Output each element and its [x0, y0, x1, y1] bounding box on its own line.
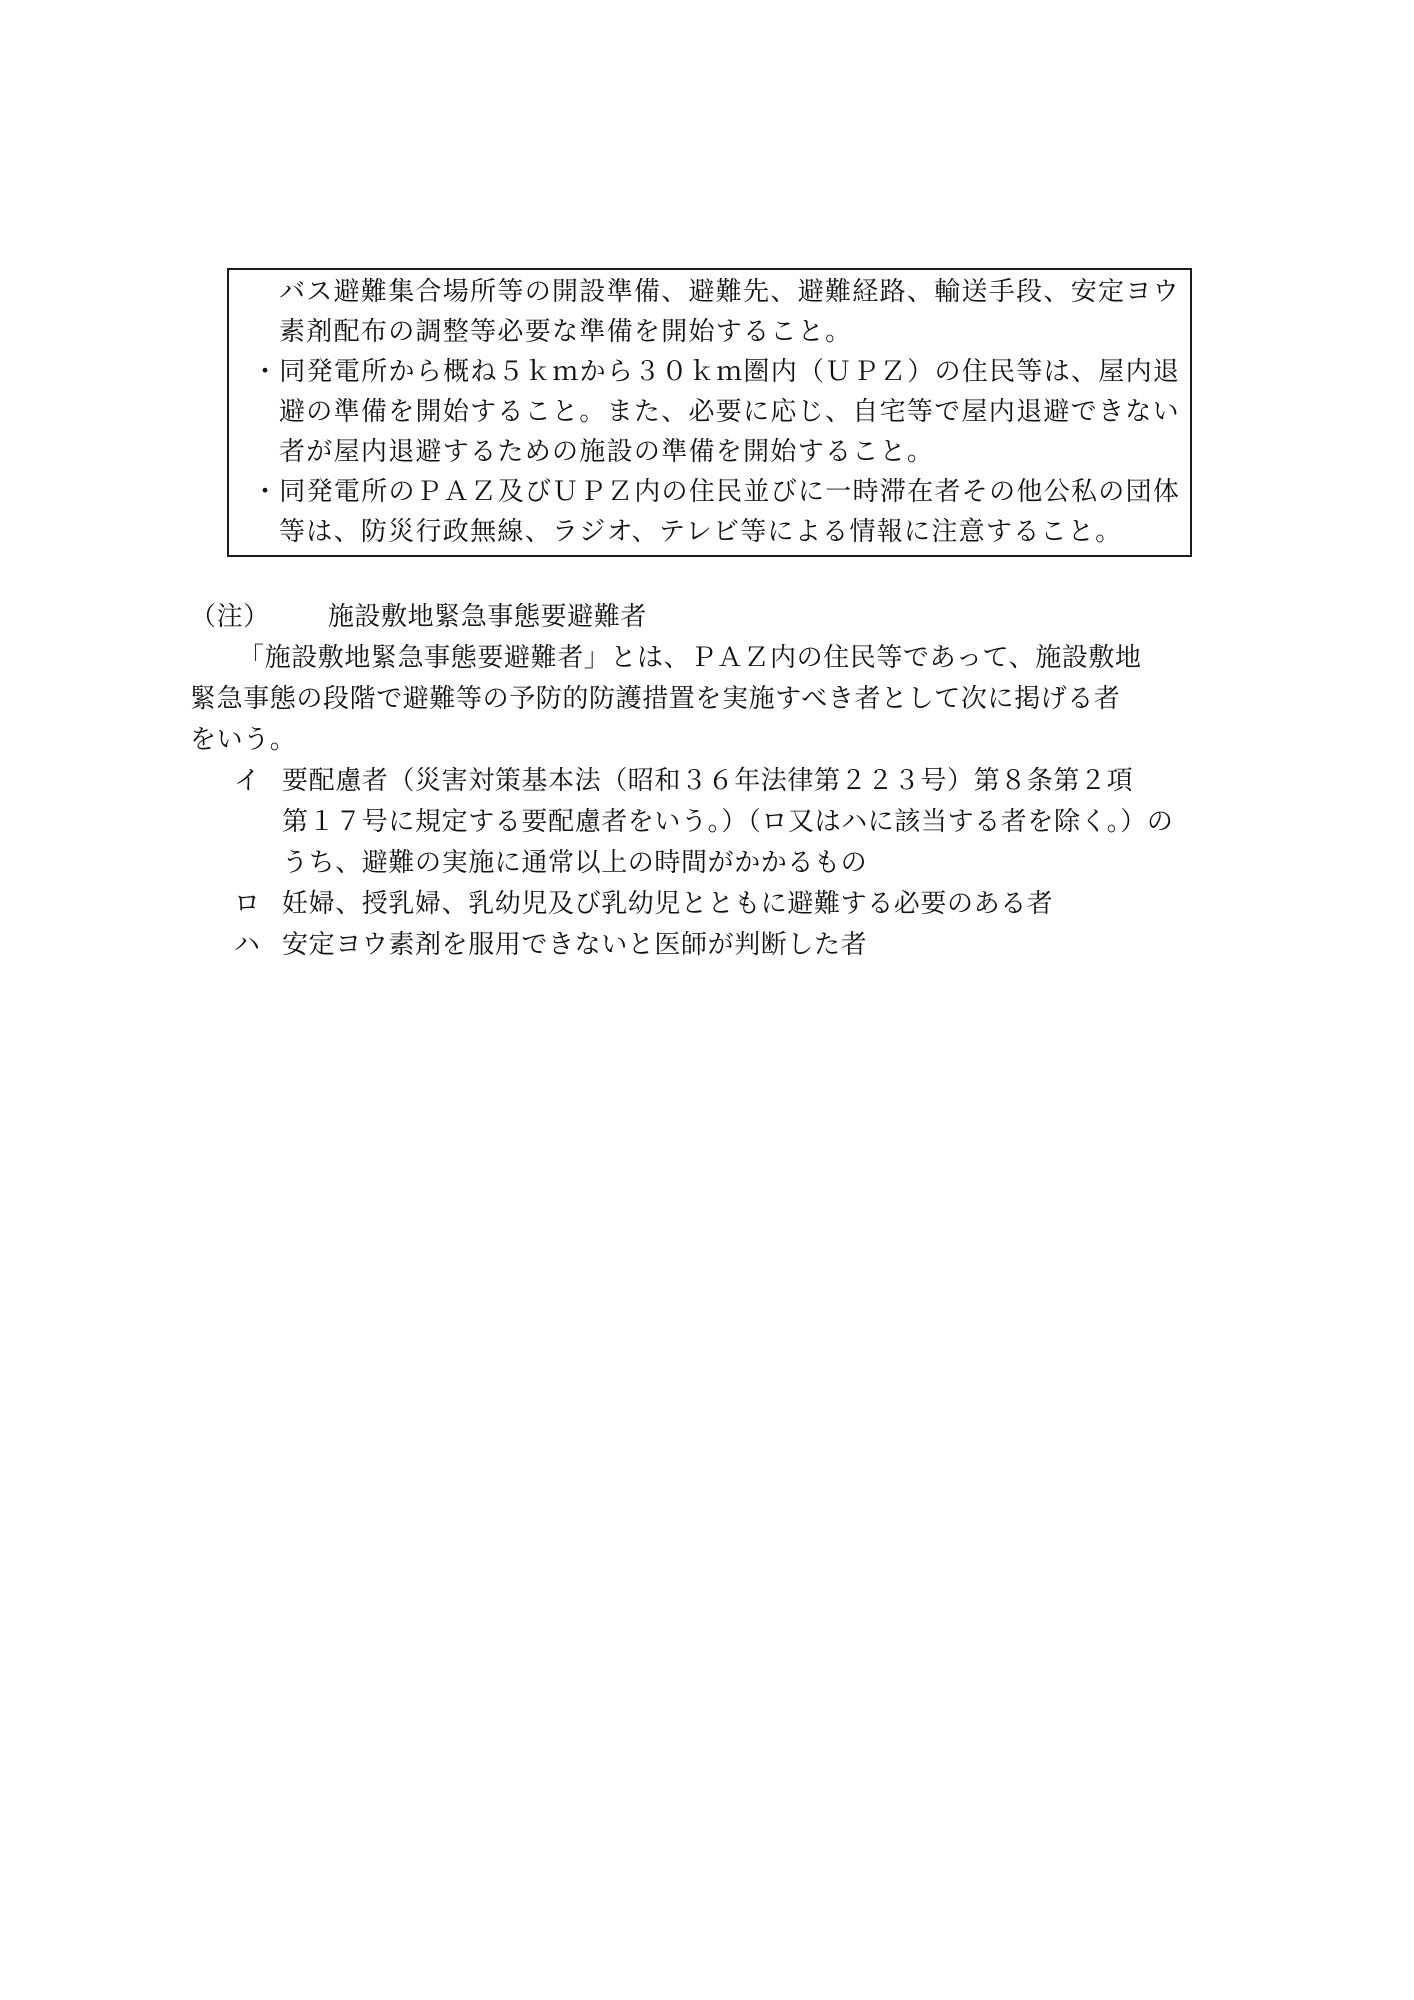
note-item-ro: ロ 妊婦、授乳婦、乳幼児及び乳幼児とともに避難する必要のある者 — [190, 883, 1250, 924]
notice-line: 者が屋内退避するための施設の準備を開始すること。 — [229, 432, 1182, 472]
note-paragraph-line: をいう。 — [190, 719, 1250, 760]
note-section: （注）施設敷地緊急事態要避難者 「施設敷地緊急事態要避難者」とは、ＰＡＺ内の住民… — [190, 596, 1250, 965]
notice-line: 等は、防災行政無線、ラジオ、テレビ等による情報に注意すること。 — [229, 512, 1182, 552]
note-label: （注） — [190, 602, 270, 631]
note-paragraph-line: 緊急事態の段階で避難等の予防的防護措置を実施すべき者として次に掲げる者 — [190, 678, 1250, 719]
item-marker-ha: ハ — [234, 924, 260, 965]
item-line: 妊婦、授乳婦、乳幼児及び乳幼児とともに避難する必要のある者 — [282, 883, 1250, 924]
item-marker-ro: ロ — [234, 883, 260, 924]
notice-line: 避の準備を開始すること。また、必要に応じ、自宅等で屋内退避できない — [229, 392, 1182, 432]
item-marker-i: イ — [234, 760, 260, 801]
notice-line-bullet: ・同発電所から概ね５ｋｍから３０ｋｍ圏内（ＵＰＺ）の住民等は、屋内退 — [229, 352, 1182, 392]
notice-line-bullet: ・同発電所のＰＡＺ及びＵＰＺ内の住民並びに一時滞在者その他公私の団体 — [229, 472, 1182, 512]
notice-line: 素剤配布の調整等必要な準備を開始すること。 — [229, 312, 1182, 352]
note-item-i: イ 要配慮者（災害対策基本法（昭和３６年法律第２２３号）第８条第２項 第１７号に… — [190, 760, 1250, 883]
item-line: 要配慮者（災害対策基本法（昭和３６年法律第２２３号）第８条第２項 — [282, 760, 1250, 801]
note-item-ha: ハ 安定ヨウ素剤を服用できないと医師が判断した者 — [190, 924, 1250, 965]
note-paragraph-line: 「施設敷地緊急事態要避難者」とは、ＰＡＺ内の住民等であって、施設敷地 — [190, 637, 1250, 678]
document-page: バス避難集合場所等の開設準備、避難先、避難経路、輸送手段、安定ヨウ 素剤配布の調… — [0, 0, 1414, 2000]
item-line: 第１７号に規定する要配慮者をいう。）（ロ又はハに該当する者を除く。）の — [282, 801, 1250, 842]
notice-line: バス避難集合場所等の開設準備、避難先、避難経路、輸送手段、安定ヨウ — [229, 272, 1182, 312]
note-header: （注）施設敷地緊急事態要避難者 — [190, 596, 1250, 637]
notice-box: バス避難集合場所等の開設準備、避難先、避難経路、輸送手段、安定ヨウ 素剤配布の調… — [227, 268, 1192, 557]
note-title: 施設敷地緊急事態要避難者 — [328, 602, 647, 631]
item-line: 安定ヨウ素剤を服用できないと医師が判断した者 — [282, 924, 1250, 965]
item-line: うち、避難の実施に通常以上の時間がかかるもの — [282, 842, 1250, 883]
